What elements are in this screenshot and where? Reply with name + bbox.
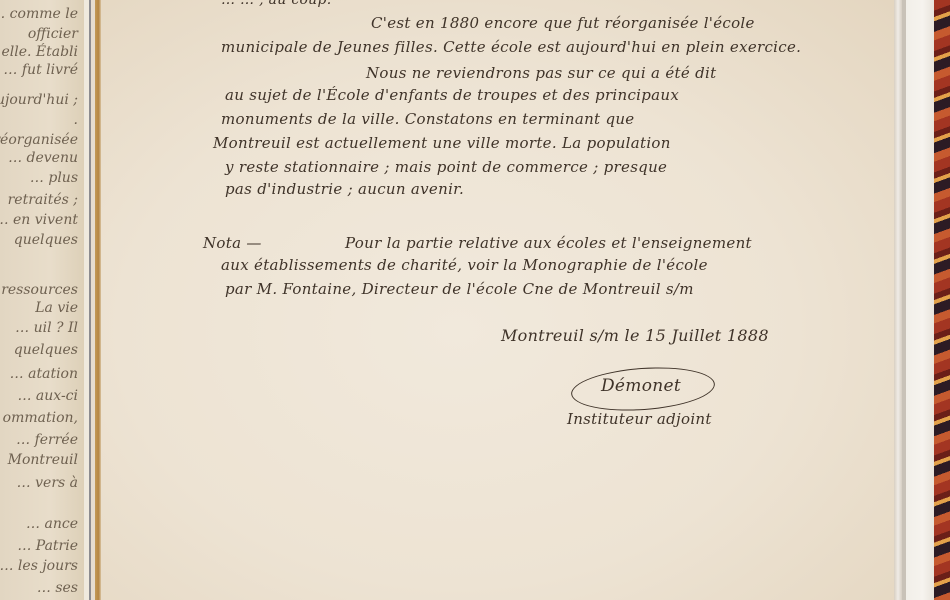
main-page: … … , au coup. C'est en 1880 encore que … (101, 0, 894, 600)
text-line: Nous ne reviendrons pas sur ce qui a été… (366, 64, 716, 82)
left-fragment: … fut livré (3, 62, 78, 78)
left-fragment: Montreuil (8, 452, 78, 468)
nota-line: par M. Fontaine, Directeur de l'école Cn… (225, 280, 694, 298)
nota-label: Nota — (203, 234, 262, 252)
text-line: au sujet de l'École d'enfants de troupes… (225, 86, 679, 104)
left-fragment: … les jours (0, 558, 78, 574)
left-fragment: … ommation, (0, 410, 78, 426)
dateline: Montreuil s/m le 15 Juillet 1888 (501, 326, 769, 345)
left-fragment: quelques (14, 342, 78, 358)
text-line: municipale de Jeunes filles. Cette école… (221, 38, 801, 56)
signature-title: Instituteur adjoint (567, 410, 712, 428)
left-fragment: … elle. Établi (0, 44, 78, 60)
left-fragment: … Patrie (17, 538, 78, 554)
left-fragment: … réorganisée (0, 132, 78, 148)
left-fragment: La vie (35, 300, 78, 316)
text-line: C'est en 1880 encore que fut réorganisée… (371, 14, 755, 32)
manuscript-photo: … comme le officier … elle. Établi … fut… (0, 0, 950, 600)
left-fragment: … ance (26, 516, 78, 532)
left-fragment: . (74, 112, 78, 128)
left-fragment: … ferrée (16, 432, 78, 448)
text-line: monuments de la ville. Constatons en ter… (221, 110, 635, 128)
left-fragment: … uil ? Il (15, 320, 78, 336)
text-line: pas d'industrie ; aucun avenir. (225, 180, 464, 198)
text-line: … … , au coup. (221, 0, 332, 8)
nota-line: Pour la partie relative aux écoles et l'… (345, 234, 752, 252)
text-line: Montreuil est actuellement une ville mor… (213, 134, 671, 152)
left-fragment: … atation (10, 366, 78, 382)
left-fragment: … devenu (8, 150, 78, 166)
left-fragment: … aux-ci (17, 388, 78, 404)
marbled-endpaper (934, 0, 950, 600)
cover-board-edge (906, 0, 934, 600)
left-fragment: … plus (30, 170, 78, 186)
signature-name: Démonet (601, 376, 681, 396)
left-facing-page: … comme le officier … elle. Établi … fut… (0, 0, 84, 600)
left-fragment: … comme le (0, 6, 78, 22)
left-fragment: … en vivent (0, 212, 78, 228)
text-line: y reste stationnaire ; mais point de com… (225, 158, 667, 176)
left-fragment: officier (28, 26, 78, 42)
left-fragment: … ses (37, 580, 78, 596)
page-right-edge (894, 0, 902, 600)
left-fragment: … vers à (17, 475, 78, 491)
left-fragment: quelques (14, 232, 78, 248)
left-fragment: retraités ; (8, 192, 78, 208)
left-fragment: aujourd'hui ; (0, 92, 78, 108)
left-fragment: de ressources (0, 282, 78, 298)
nota-line: aux établissements de charité, voir la M… (221, 256, 708, 274)
